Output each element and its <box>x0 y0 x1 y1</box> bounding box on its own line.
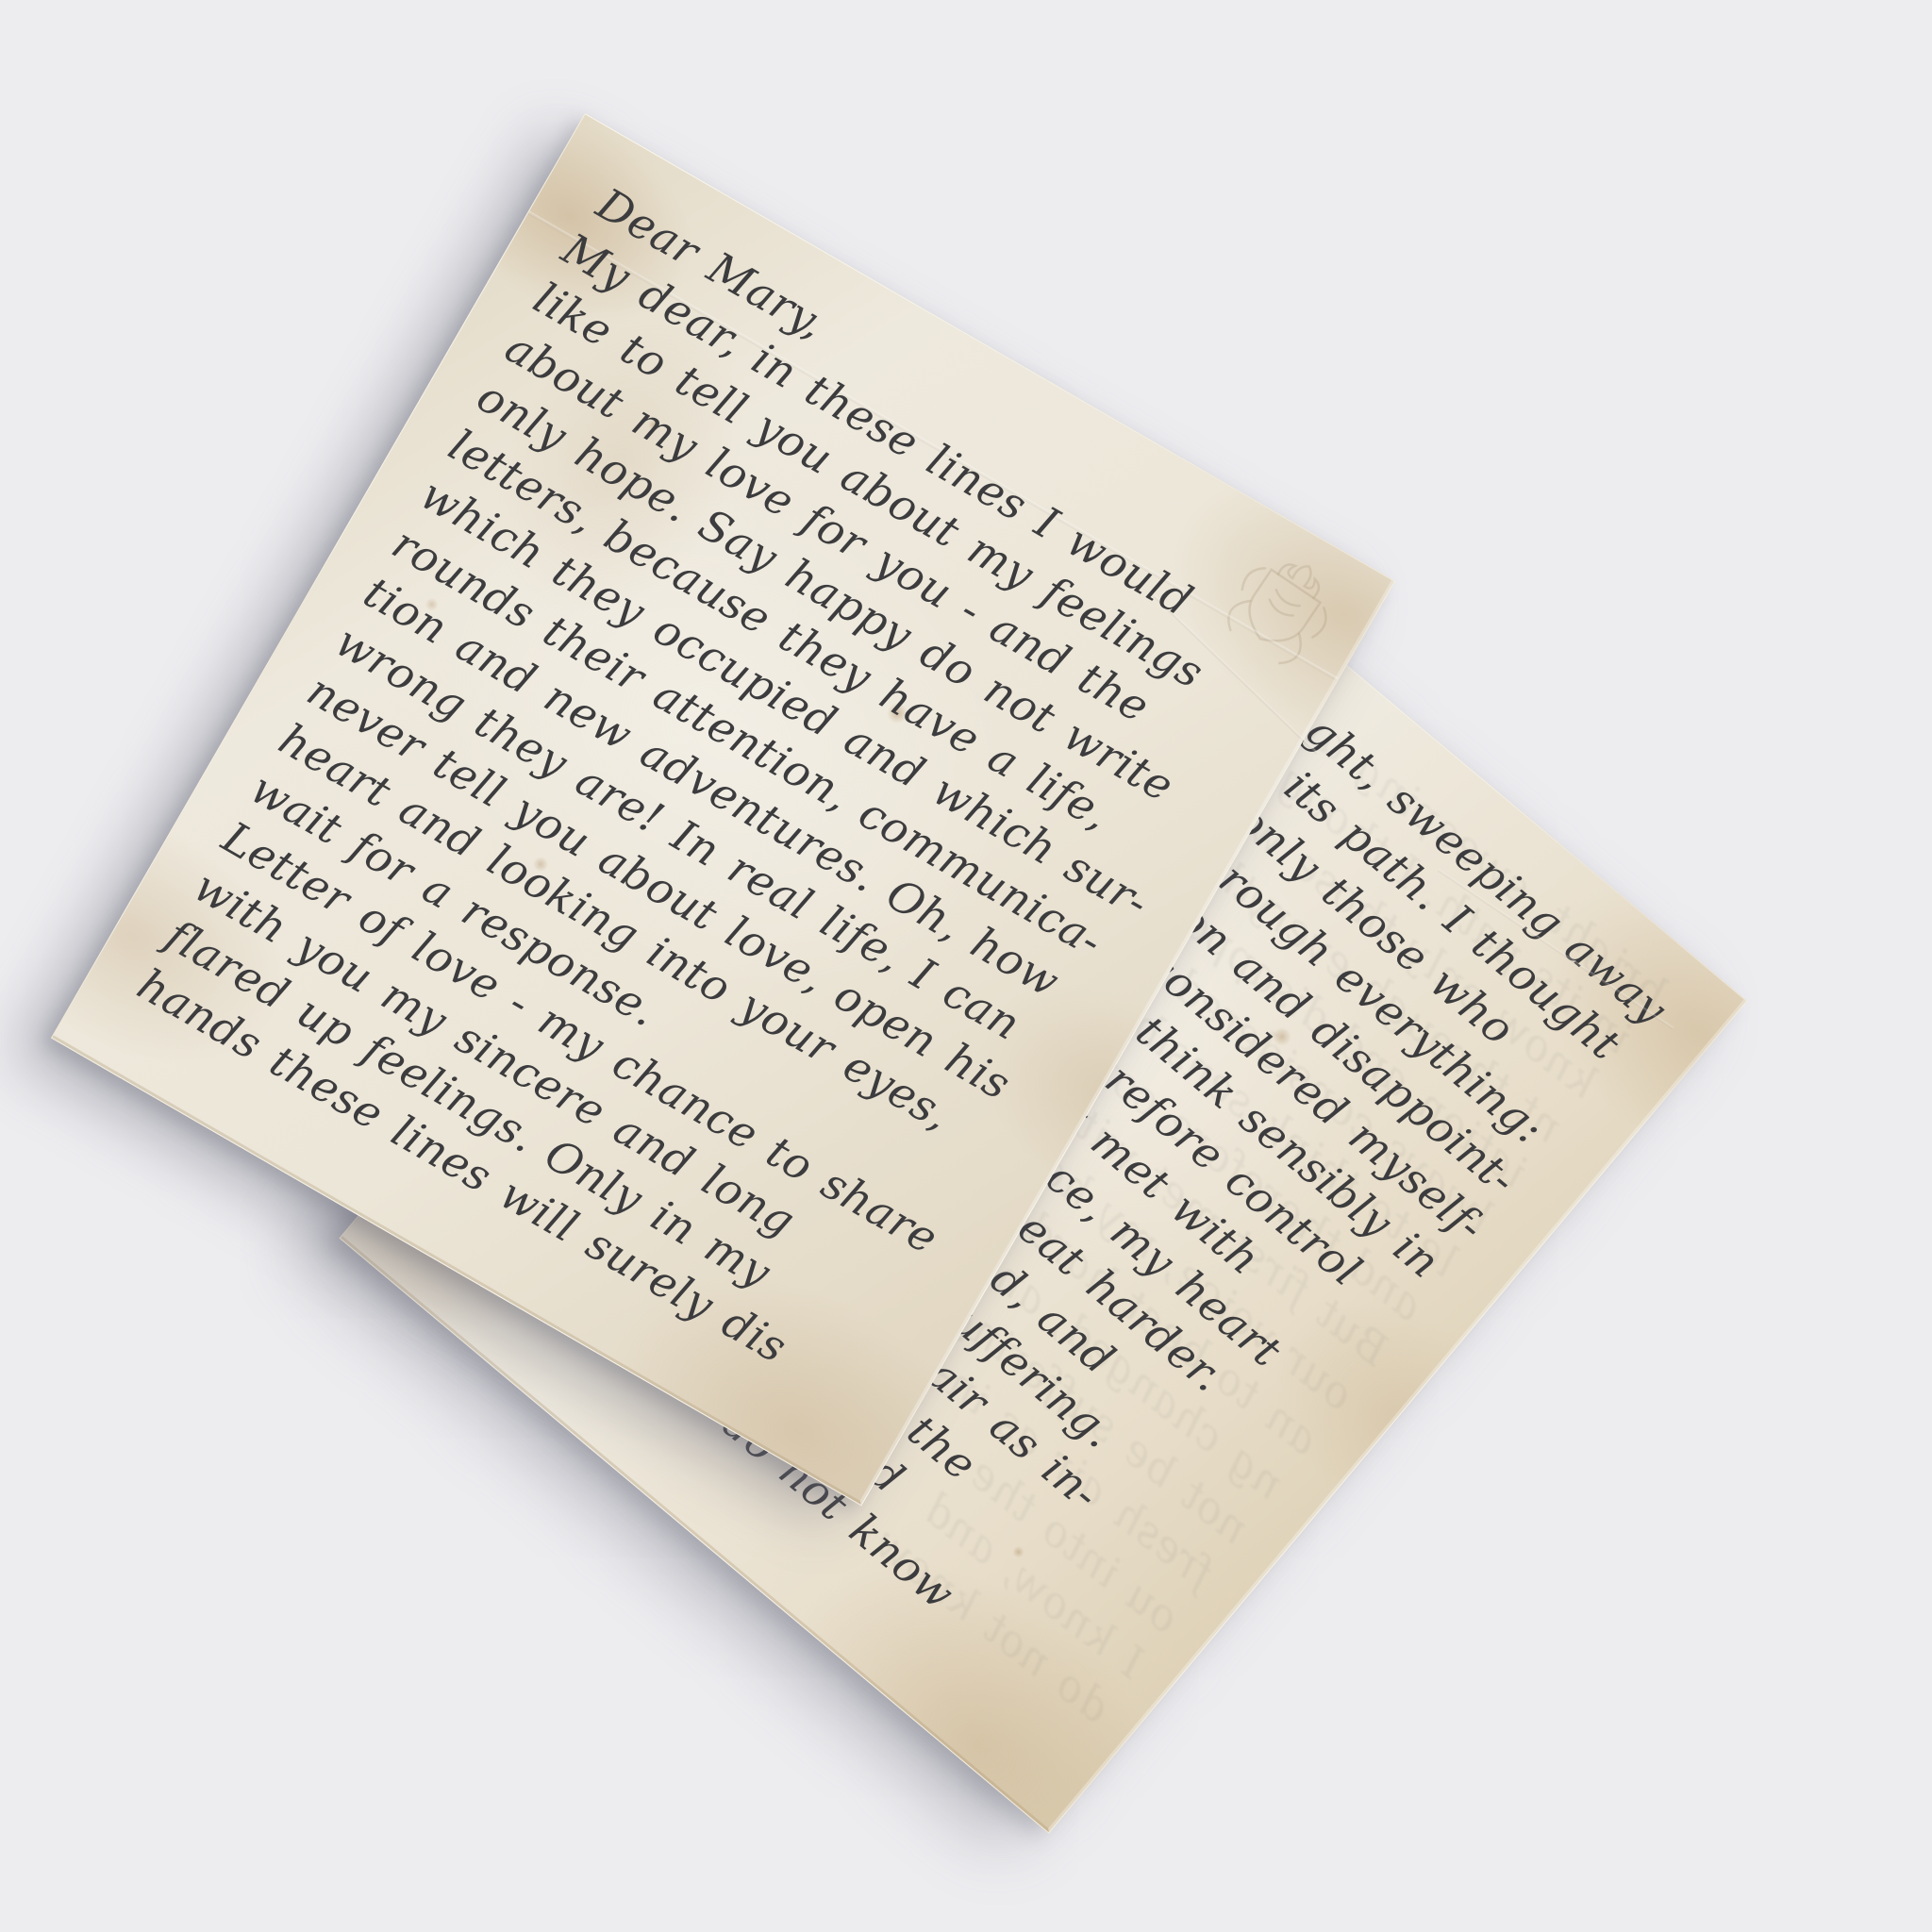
photo-backdrop: bright, sweeping away in its path. I tho… <box>0 0 1932 1932</box>
